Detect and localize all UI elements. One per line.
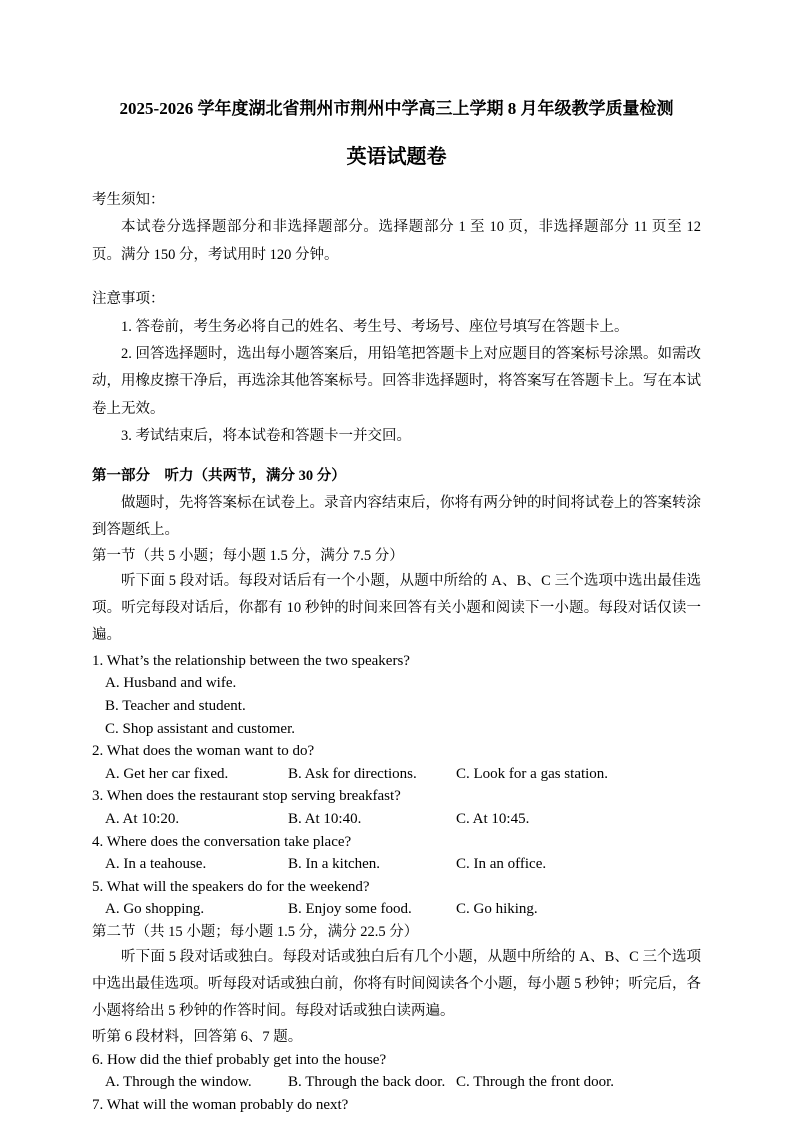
question-5-option-b: B. Enjoy some food. xyxy=(288,898,456,921)
question-5: 5. What will the speakers do for the wee… xyxy=(92,876,701,921)
question-4-text: 4. Where does the conversation take plac… xyxy=(92,831,701,854)
question-5-option-a: A. Go shopping. xyxy=(105,898,288,921)
question-3-text: 3. When does the restaurant stop serving… xyxy=(92,785,701,808)
question-3-option-a: A. At 10:20. xyxy=(105,808,288,831)
question-6-text: 6. How did the thief probably get into t… xyxy=(92,1049,701,1072)
question-5-option-c: C. Go hiking. xyxy=(456,898,701,921)
question-7: 7. What will the woman probably do next? xyxy=(92,1094,701,1117)
candidate-notice-section: 考生须知： 本试卷分选择题部分和非选择题部分。选择题部分 1 至 10 页，非选… xyxy=(92,187,701,269)
question-4-option-a: A. In a teahouse. xyxy=(105,853,288,876)
section2-material-note: 听第 6 段材料，回答第 6、7 题。 xyxy=(92,1026,701,1049)
exam-title: 2025-2026 学年度湖北省荆州市荆州中学高三上学期 8 月年级教学质量检测 xyxy=(92,98,701,120)
section1-heading: 第一节（共 5 小题；每小题 1.5 分，满分 7.5 分） xyxy=(92,545,701,568)
question-7-text: 7. What will the woman probably do next? xyxy=(92,1094,701,1117)
question-3-options: A. At 10:20. B. At 10:40. C. At 10:45. xyxy=(92,808,701,831)
exam-subtitle: 英语试题卷 xyxy=(92,144,701,170)
section2-intro: 听下面 5 段对话或独白。每段对话或独白后有几个小题，从题中所给的 A、B、C … xyxy=(92,944,701,1026)
question-6-options: A. Through the window. B. Through the ba… xyxy=(92,1071,701,1094)
question-1-text: 1. What’s the relationship between the t… xyxy=(92,650,701,673)
section1-intro: 听下面 5 段对话。每段对话后有一个小题，从题中所给的 A、B、C 三个选项中选… xyxy=(92,568,701,650)
question-1-options: A. Husband and wife. B. Teacher and stud… xyxy=(92,672,701,740)
question-2-option-b: B. Ask for directions. xyxy=(288,763,456,786)
question-1-option-b: B. Teacher and student. xyxy=(105,695,701,718)
question-3: 3. When does the restaurant stop serving… xyxy=(92,785,701,830)
question-6-option-c: C. Through the front door. xyxy=(456,1071,701,1094)
question-4: 4. Where does the conversation take plac… xyxy=(92,831,701,876)
instructions-section: 注意事项： 1. 答卷前，考生务必将自己的姓名、考生号、考场号、座位号填写在答题… xyxy=(92,286,701,450)
question-2-option-a: A. Get her car fixed. xyxy=(105,763,288,786)
question-5-options: A. Go shopping. B. Enjoy some food. C. G… xyxy=(92,898,701,921)
question-1-option-a: A. Husband and wife. xyxy=(105,672,701,695)
question-2-option-c: C. Look for a gas station. xyxy=(456,763,701,786)
question-1: 1. What’s the relationship between the t… xyxy=(92,650,701,740)
page-content: 2025-2026 学年度湖北省荆州市荆州中学高三上学期 8 月年级教学质量检测… xyxy=(0,0,793,1116)
question-6-option-a: A. Through the window. xyxy=(105,1071,288,1094)
question-5-text: 5. What will the speakers do for the wee… xyxy=(92,876,701,899)
question-2: 2. What does the woman want to do? A. Ge… xyxy=(92,740,701,785)
question-4-options: A. In a teahouse. B. In a kitchen. C. In… xyxy=(92,853,701,876)
question-3-option-c: C. At 10:45. xyxy=(456,808,701,831)
question-1-option-c: C. Shop assistant and customer. xyxy=(105,718,701,741)
question-4-option-c: C. In an office. xyxy=(456,853,701,876)
exam-paper-page: 2025-2026 学年度湖北省荆州市荆州中学高三上学期 8 月年级教学质量检测… xyxy=(0,0,793,1122)
question-2-options: A. Get her car fixed. B. Ask for directi… xyxy=(92,763,701,786)
question-4-option-b: B. In a kitchen. xyxy=(288,853,456,876)
question-6: 6. How did the thief probably get into t… xyxy=(92,1049,701,1094)
question-6-option-b: B. Through the back door. xyxy=(288,1071,456,1094)
instructions-label: 注意事项： xyxy=(92,286,701,313)
candidate-notice-body: 本试卷分选择题部分和非选择题部分。选择题部分 1 至 10 页，非选择题部分 1… xyxy=(92,214,701,269)
section2-heading: 第二节（共 15 小题；每小题 1.5 分，满分 22.5 分） xyxy=(92,921,701,944)
part1-intro: 做题时，先将答案标在试卷上。录音内容结束后，你将有两分钟的时间将试卷上的答案转涂… xyxy=(92,490,701,545)
question-3-option-b: B. At 10:40. xyxy=(288,808,456,831)
instruction-item-3: 3. 考试结束后，将本试卷和答题卡一并交回。 xyxy=(92,423,701,450)
instruction-item-1: 1. 答卷前，考生务必将自己的姓名、考生号、考场号、座位号填写在答题卡上。 xyxy=(92,314,701,341)
candidate-notice-label: 考生须知： xyxy=(92,187,701,214)
part1-heading: 第一部分 听力（共两节，满分 30 分） xyxy=(92,463,701,490)
instruction-item-2: 2. 回答选择题时，选出每小题答案后，用铅笔把答题卡上对应题目的答案标号涂黑。如… xyxy=(92,341,701,423)
question-2-text: 2. What does the woman want to do? xyxy=(92,740,701,763)
